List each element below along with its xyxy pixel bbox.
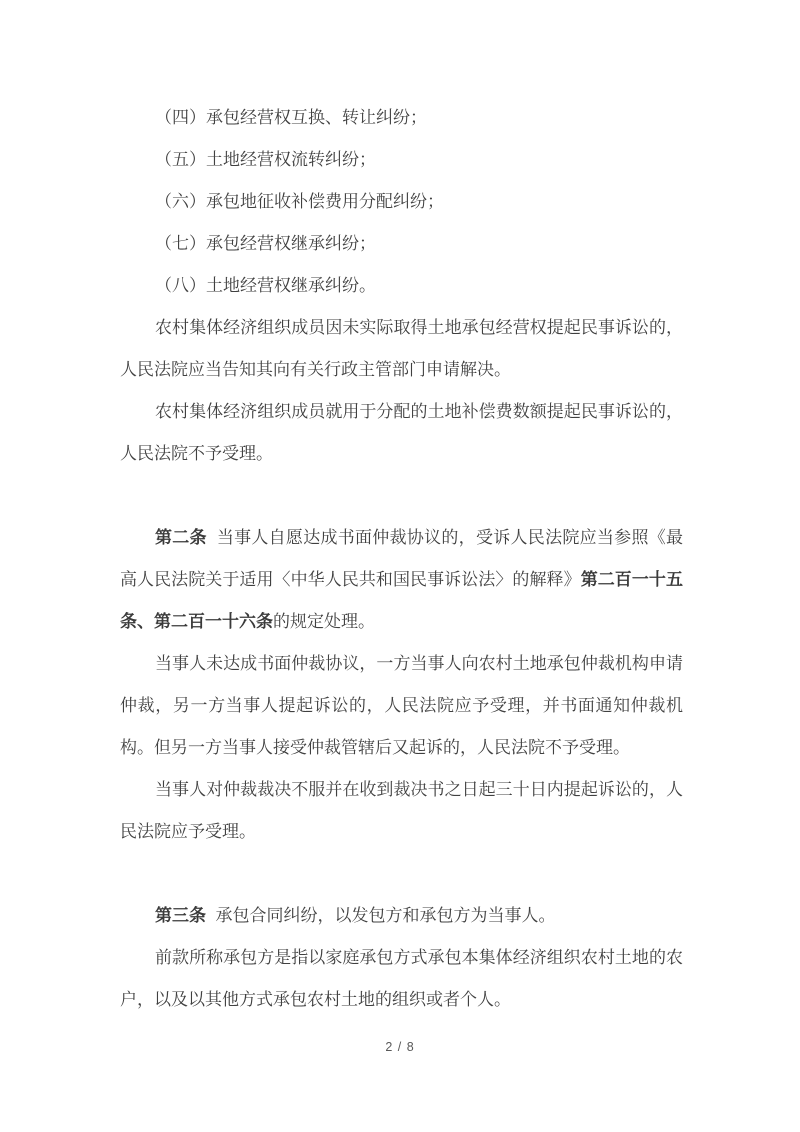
text-run: 当事人对仲裁裁决不服并在收到裁决书之日起三十日内提起诉讼的，人民法院应予受理。 — [120, 780, 683, 841]
document-page: （四）承包经营权互换、转让纠纷；（五）土地经营权流转纠纷；（六）承包地征收补偿费… — [0, 0, 800, 1132]
paragraph: （五）土地经营权流转纠纷； — [120, 139, 683, 181]
text-run: 农村集体经济组织成员因未实际取得土地承包经营权提起民事诉讼的，人民法院应当告知其… — [120, 318, 683, 379]
paragraph: （七）承包经营权继承纠纷； — [120, 223, 683, 265]
text-run: （六）承包地征收补偿费用分配纠纷； — [155, 192, 444, 211]
paragraph: 农村集体经济组织成员就用于分配的土地补偿费数额提起民事诉讼的，人民法院不予受理。 — [120, 391, 683, 475]
paragraph: （四）承包经营权互换、转让纠纷； — [120, 97, 683, 139]
paragraph: 前款所称承包方是指以家庭承包方式承包本集体经济组织农村土地的农户，以及以其他方式… — [120, 937, 683, 1021]
text-run: 的规定处理。 — [273, 612, 375, 631]
spacer-paragraph — [120, 853, 683, 895]
bold-text-run: 第三条 — [155, 906, 206, 925]
paragraph: 当事人未达成书面仲裁协议，一方当事人向农村土地承包仲裁机构申请仲裁，另一方当事人… — [120, 643, 683, 769]
paragraph: （六）承包地征收补偿费用分配纠纷； — [120, 181, 683, 223]
paragraph: 第三条 承包合同纠纷，以发包方和承包方为当事人。 — [120, 895, 683, 937]
text-run: 承包合同纠纷，以发包方和承包方为当事人。 — [206, 906, 555, 925]
text-run: （四）承包经营权互换、转让纠纷； — [155, 108, 427, 127]
text-run: 当事人未达成书面仲裁协议，一方当事人向农村土地承包仲裁机构申请仲裁，另一方当事人… — [120, 654, 683, 757]
spacer-paragraph — [120, 475, 683, 517]
paragraph: 农村集体经济组织成员因未实际取得土地承包经营权提起民事诉讼的，人民法院应当告知其… — [120, 307, 683, 391]
paragraph: 当事人对仲裁裁决不服并在收到裁决书之日起三十日内提起诉讼的，人民法院应予受理。 — [120, 769, 683, 853]
bold-text-run: 第二条 — [155, 528, 207, 547]
paragraph: （八）土地经营权继承纠纷。 — [120, 265, 683, 307]
page-number: 2 / 8 — [385, 1040, 414, 1054]
paragraph: 第二条 当事人自愿达成书面仲裁协议的，受诉人民法院应当参照《最高人民法院关于适用… — [120, 517, 683, 643]
page-footer: 2 / 8 — [0, 1038, 800, 1056]
text-run: （五）土地经营权流转纠纷； — [155, 150, 376, 169]
text-run: （八）土地经营权继承纠纷。 — [155, 276, 376, 295]
document-body: （四）承包经营权互换、转让纠纷；（五）土地经营权流转纠纷；（六）承包地征收补偿费… — [0, 0, 800, 1021]
text-run: 农村集体经济组织成员就用于分配的土地补偿费数额提起民事诉讼的，人民法院不予受理。 — [120, 402, 683, 463]
text-run: （七）承包经营权继承纠纷； — [155, 234, 376, 253]
text-run: 前款所称承包方是指以家庭承包方式承包本集体经济组织农村土地的农户，以及以其他方式… — [120, 948, 683, 1009]
